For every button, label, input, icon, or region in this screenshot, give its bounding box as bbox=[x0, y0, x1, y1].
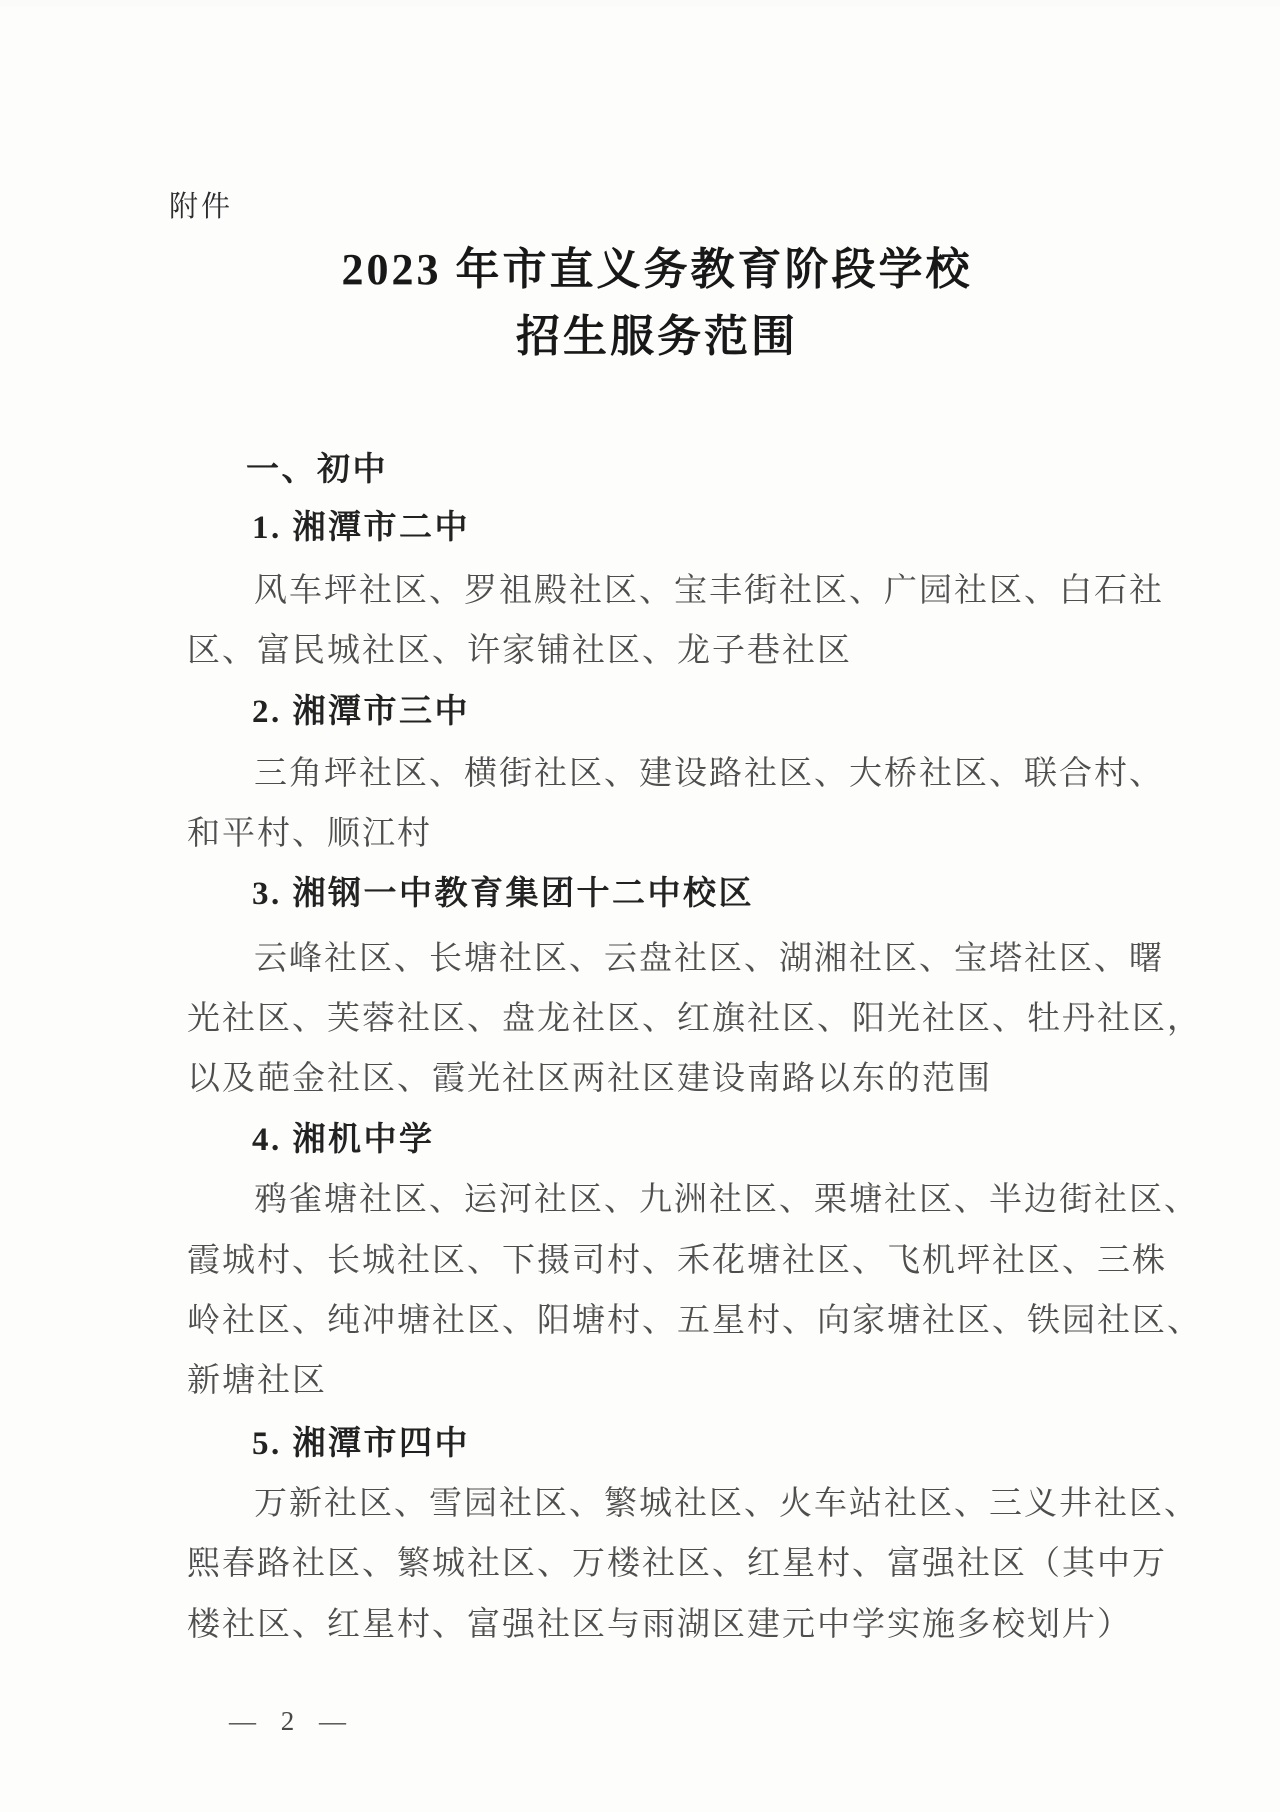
body-line: 熙春路社区、繁城社区、万楼社区、红星村、富强社区（其中万 bbox=[187, 1546, 1167, 1582]
school-heading-1: 1. 湘潭市二中 bbox=[252, 510, 470, 546]
page-number: — 2 — bbox=[229, 1706, 355, 1737]
body-line: 楼社区、红星村、富强社区与雨湖区建元中学实施多校划片） bbox=[187, 1607, 1132, 1643]
body-line: 区、富民城社区、许家铺社区、龙子巷社区 bbox=[187, 633, 852, 669]
body-line: 和平村、顺江村 bbox=[187, 816, 432, 852]
body-line: 岭社区、纯冲塘社区、阳塘村、五星村、向家塘社区、铁园社区、 bbox=[187, 1303, 1202, 1339]
body-line: 风车坪社区、罗祖殿社区、宝丰街社区、广园社区、白石社 bbox=[254, 573, 1164, 609]
school-heading-3: 3. 湘钢一中教育集团十二中校区 bbox=[252, 876, 754, 912]
body-line: 鸦雀塘社区、运河社区、九洲社区、栗塘社区、半边街社区、 bbox=[254, 1182, 1199, 1218]
body-line: 万新社区、雪园社区、繁城社区、火车站社区、三义井社区、 bbox=[254, 1486, 1199, 1522]
section-heading-junior-high: 一、初中 bbox=[246, 452, 388, 488]
body-line: 霞城村、长城社区、下摄司村、禾花塘社区、飞机坪社区、三株 bbox=[187, 1243, 1167, 1279]
scanned-document-page: 附件 2023 年市直义务教育阶段学校 招生服务范围 一、初中 1. 湘潭市二中… bbox=[0, 0, 1280, 1812]
body-line: 光社区、芙蓉社区、盘龙社区、红旗社区、阳光社区、牡丹社区， bbox=[187, 1001, 1202, 1037]
document-title-line2: 招生服务范围 bbox=[17, 303, 1280, 370]
body-line: 云峰社区、长塘社区、云盘社区、湖湘社区、宝塔社区、曙 bbox=[254, 941, 1164, 977]
document-title-line1: 2023 年市直义务教育阶段学校 bbox=[17, 236, 1280, 303]
document-title: 2023 年市直义务教育阶段学校 招生服务范围 bbox=[17, 236, 1280, 370]
body-line: 新塘社区 bbox=[187, 1363, 327, 1399]
body-line: 以及葩金社区、霞光社区两社区建设南路以东的范围 bbox=[187, 1061, 992, 1097]
body-line: 三角坪社区、横街社区、建设路社区、大桥社区、联合村、 bbox=[254, 756, 1164, 792]
attachment-label: 附件 bbox=[169, 184, 233, 225]
school-heading-4: 4. 湘机中学 bbox=[252, 1122, 435, 1158]
school-heading-5: 5. 湘潭市四中 bbox=[252, 1426, 470, 1462]
school-heading-2: 2. 湘潭市三中 bbox=[252, 694, 470, 730]
